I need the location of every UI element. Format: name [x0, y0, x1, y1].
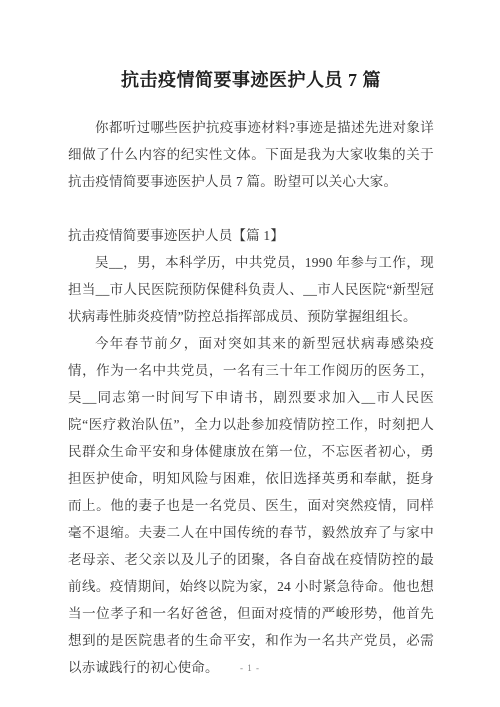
document-title: 抗击疫情简要事迹医护人员 7 篇 [68, 66, 434, 94]
intro-paragraph: 你都听过哪些医护抗疫事迹材料?事迹是描述先进对象详细做了什么内容的纪实性文体。下… [68, 114, 434, 195]
page-number: - 1 - [0, 663, 500, 673]
section-heading: 抗击疫情简要事迹医护人员【篇 1】 [68, 222, 434, 249]
document-page: 抗击疫情简要事迹医护人员 7 篇 你都听过哪些医护抗疫事迹材料?事迹是描述先进对… [0, 0, 500, 707]
body-paragraph-2: 今年春节前夕，面对突如其来的新型冠状病毒感染疫情，作为一名中共党员，一名有三十年… [68, 330, 434, 681]
body-paragraph-1: 吴__，男，本科学历，中共党员，1990 年参与工作，现担当__市人民医院预防保… [68, 249, 434, 330]
